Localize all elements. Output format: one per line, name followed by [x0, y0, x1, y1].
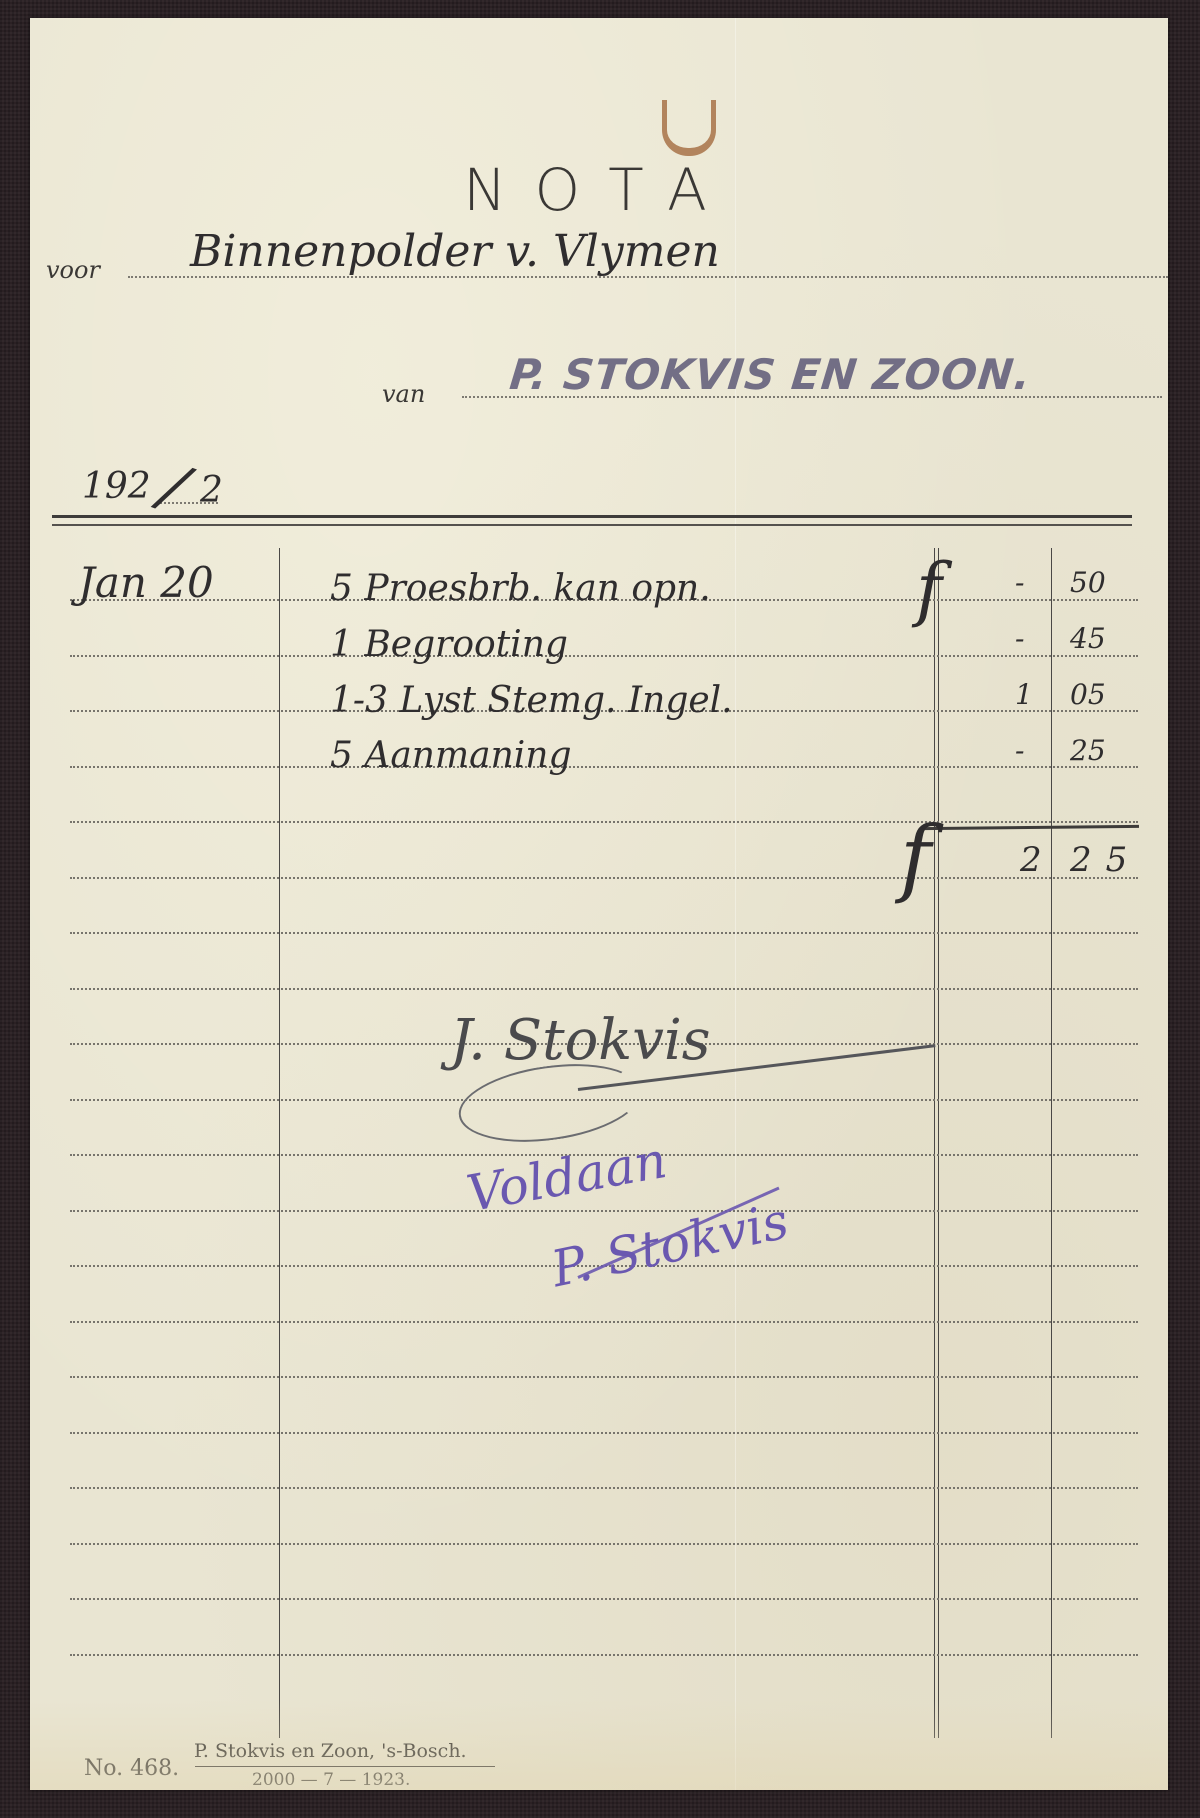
entry-cents: 05: [1070, 678, 1106, 711]
total-underline: [923, 825, 1139, 830]
entry-description: 5 Proesbrb. kan opn.: [330, 568, 711, 609]
ledger-row-line: [70, 877, 1138, 879]
ledger-row-line: [70, 1210, 1138, 1212]
total-guilders: 2: [1020, 840, 1042, 880]
ledger-row-line: [70, 766, 1138, 768]
entry-guilders: 1: [1015, 678, 1033, 711]
florin-sign: f: [916, 548, 942, 630]
ledger-row-line: [70, 932, 1138, 934]
date-slash: /: [152, 449, 197, 525]
date-year-suffix: 2: [200, 470, 223, 511]
header-rule-thin: [52, 524, 1132, 526]
entry-cents: 25: [1070, 734, 1106, 767]
ledger-row-line: [70, 1376, 1138, 1378]
entry-cents: 50: [1070, 566, 1106, 599]
amount-column-rule-left: [934, 548, 935, 1738]
voor-label: voor: [46, 256, 100, 284]
company-stamp: P. STOKVIS EN ZOON.: [507, 350, 1033, 399]
entry-description: 1-3 Lyst Stemg. Ingel.: [330, 680, 733, 721]
cents-column-rule: [1051, 548, 1052, 1738]
rust-stain: [662, 100, 716, 156]
fold-crease: [735, 18, 736, 1790]
form-number: No. 468.: [84, 1756, 179, 1781]
total-florin-sign: f: [900, 808, 931, 906]
van-label: van: [382, 380, 425, 408]
ledger-row-line: [70, 1487, 1138, 1489]
header-rule-thick: [52, 515, 1132, 518]
amount-column-rule-left-double: [938, 548, 939, 1738]
ledger-row-line: [70, 988, 1138, 990]
document-title: NOTA: [30, 156, 1168, 224]
invoice-paper: NOTA voor Binnenpolder v. Vlymen van P. …: [30, 18, 1168, 1790]
imprint-rule: [195, 1766, 495, 1767]
entry-description: 5 Aanmaning: [330, 735, 572, 776]
entry-cents: 45: [1070, 622, 1106, 655]
ledger-row-line: [70, 1432, 1138, 1434]
voor-recipient: Binnenpolder v. Vlymen: [190, 226, 720, 277]
ledger-row-line: [70, 1598, 1138, 1600]
merchant-signature: J. Stokvis: [450, 1008, 711, 1073]
ledger-row-line: [70, 1654, 1138, 1656]
ledger-row-line: [70, 821, 1138, 823]
ledger-row-line: [70, 655, 1138, 657]
entry-description: 1 Begrooting: [330, 624, 568, 665]
date-column-rule: [279, 548, 280, 1738]
ledger-row-line: [70, 1321, 1138, 1323]
entry-guilders: -: [1015, 734, 1024, 767]
date-year-prefix: 192: [82, 466, 151, 507]
paid-signature: P. Stokvis: [547, 1192, 794, 1299]
total-cents: 25: [1070, 840, 1141, 880]
entry-guilders: -: [1015, 622, 1024, 655]
entry-guilders: -: [1015, 566, 1024, 599]
date-prefix: 192: [82, 466, 151, 507]
printer-imprint: P. Stokvis en Zoon, 's-Bosch.: [194, 1740, 467, 1762]
ledger-row-line: [70, 1543, 1138, 1545]
entry-date: Jan 20: [78, 558, 214, 607]
print-run: 2000 — 7 — 1923.: [252, 1770, 410, 1790]
